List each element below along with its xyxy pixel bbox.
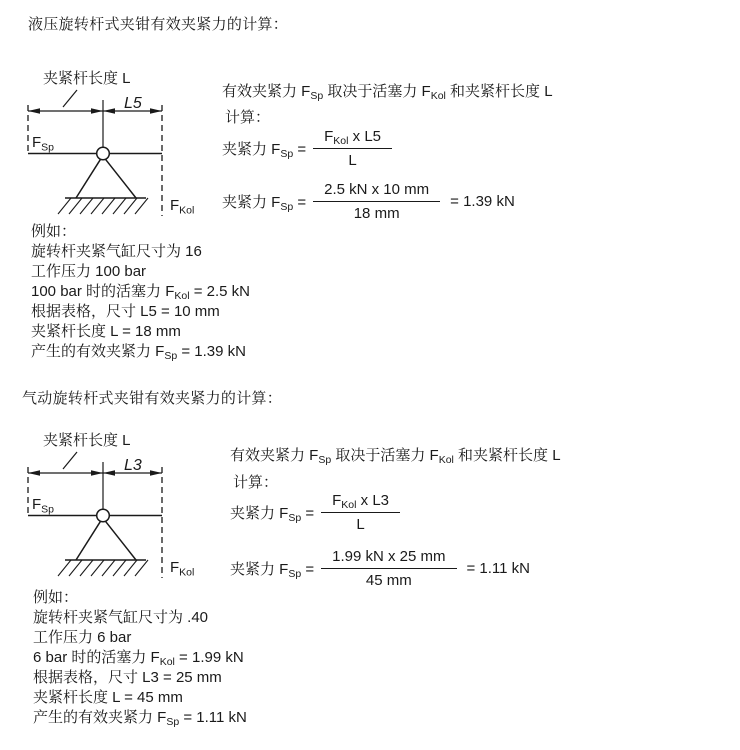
arrowhead-left bbox=[28, 470, 40, 476]
arrowhead-mid-right bbox=[103, 470, 115, 476]
formula-numeric: 夹紧力 FSp = 1.99 kN x 25 mm 45 mm = 1.11 k… bbox=[230, 548, 530, 589]
fraction-denominator: L bbox=[356, 513, 364, 533]
example-block: 例如： 旋转杆夹紧气缸尺寸为 .40 工作压力 6 bar 6 bar 时的活塞… bbox=[33, 588, 247, 728]
arrowhead-left bbox=[28, 108, 40, 114]
ground-hatching bbox=[58, 560, 148, 576]
example-line: 工作压力 6 bar bbox=[33, 628, 247, 648]
example-line: 旋转杆夹紧气缸尺寸为 16 bbox=[31, 242, 250, 262]
example-line: 产生的有效夹紧力 FSp = 1.11 kN bbox=[33, 708, 247, 728]
pivot-circle bbox=[97, 147, 110, 160]
example-line: 工作压力 100 bar bbox=[31, 262, 250, 282]
formula-numeric: 夹紧力 FSp = 2.5 kN x 10 mm 18 mm = 1.39 kN bbox=[222, 181, 515, 222]
leader-slash bbox=[63, 452, 77, 469]
formula-lhs: 夹紧力 FSp = bbox=[230, 558, 314, 579]
force-kol-label: FKol bbox=[170, 559, 194, 579]
ground-hatching bbox=[58, 198, 148, 214]
fraction-denominator: L bbox=[348, 149, 356, 169]
dim-symbol-label: L5 bbox=[124, 95, 142, 112]
document-page: 液压旋转杆式夹钳有效夹紧力的计算： 夹紧杆长度 L L5 FSp FKol bbox=[0, 0, 740, 750]
formula-symbolic: 夹紧力 FSp = FKol x L5 L bbox=[222, 128, 392, 169]
leader-slash bbox=[63, 90, 77, 107]
section-title-pneumatic: 气动旋转杆式夹钳有效夹紧力的计算： bbox=[22, 390, 282, 408]
fraction-denominator: 45 mm bbox=[366, 569, 412, 589]
force-kol-label: FKol bbox=[170, 197, 194, 217]
section-title-hydraulic: 液压旋转杆式夹钳有效夹紧力的计算： bbox=[28, 16, 288, 34]
example-line: 根据表格，尺寸 L5 = 10 mm bbox=[31, 302, 250, 322]
force-sp-label: FSp bbox=[32, 134, 54, 154]
dim-symbol-label: L3 bbox=[124, 457, 142, 474]
fraction-numerator: FKol x L3 bbox=[321, 492, 400, 513]
lever-length-label: 夹紧杆长度 L bbox=[43, 431, 131, 449]
fraction-denominator: 18 mm bbox=[354, 202, 400, 222]
fraction: FKol x L5 L bbox=[313, 128, 392, 169]
example-line: 夹紧杆长度 L = 45 mm bbox=[33, 688, 247, 708]
support-leg-right bbox=[106, 521, 137, 560]
fraction-numerator: FKol x L5 bbox=[313, 128, 392, 149]
calc-label: 计算： bbox=[225, 106, 270, 127]
formula-result: = 1.39 kN bbox=[450, 193, 515, 210]
arrowhead-mid-left bbox=[91, 108, 103, 114]
arrowhead-mid-left bbox=[91, 470, 103, 476]
arrowhead-right bbox=[150, 470, 162, 476]
lever-diagram-pneumatic: 夹紧杆长度 L L3 FSp FKol bbox=[25, 419, 210, 587]
support-leg-left bbox=[76, 521, 101, 560]
arrowhead-right bbox=[150, 108, 162, 114]
fraction-numerator: 1.99 kN x 25 mm bbox=[321, 548, 456, 569]
formula-lhs: 夹紧力 FSp = bbox=[222, 138, 306, 159]
arrowhead-mid-right bbox=[103, 108, 115, 114]
formula-symbolic: 夹紧力 FSp = FKol x L3 L bbox=[230, 492, 400, 533]
fraction: 1.99 kN x 25 mm 45 mm bbox=[321, 548, 456, 589]
force-sp-label: FSp bbox=[32, 496, 54, 516]
lever-length-label: 夹紧杆长度 L bbox=[43, 69, 131, 87]
example-line: 旋转杆夹紧气缸尺寸为 .40 bbox=[33, 608, 247, 628]
example-line: 例如： bbox=[31, 222, 250, 242]
formula-lhs: 夹紧力 FSp = bbox=[222, 191, 306, 212]
fraction: 2.5 kN x 10 mm 18 mm bbox=[313, 181, 440, 222]
example-line: 6 bar 时的活塞力 FKol = 1.99 kN bbox=[33, 648, 247, 668]
example-line: 根据表格，尺寸 L3 = 25 mm bbox=[33, 668, 247, 688]
calc-label: 计算： bbox=[233, 471, 278, 492]
lever-diagram-hydraulic: 夹紧杆长度 L L5 FSp FKol bbox=[25, 57, 210, 225]
fraction: FKol x L3 L bbox=[321, 492, 400, 533]
support-leg-right bbox=[106, 159, 137, 198]
formula-lhs: 夹紧力 FSp = bbox=[230, 502, 314, 523]
example-line: 产生的有效夹紧力 FSp = 1.39 kN bbox=[31, 342, 250, 362]
example-line: 夹紧杆长度 L = 18 mm bbox=[31, 322, 250, 342]
example-line: 100 bar 时的活塞力 FKol = 2.5 kN bbox=[31, 282, 250, 302]
fraction-numerator: 2.5 kN x 10 mm bbox=[313, 181, 440, 202]
formula-result: = 1.11 kN bbox=[467, 560, 531, 577]
pivot-circle bbox=[97, 509, 110, 522]
support-leg-left bbox=[76, 159, 101, 198]
example-line: 例如： bbox=[33, 588, 247, 608]
example-block: 例如： 旋转杆夹紧气缸尺寸为 16 工作压力 100 bar 100 bar 时… bbox=[31, 222, 250, 362]
intro-text: 有效夹紧力 FSp 取决于活塞力 FKol 和夹紧杆长度 L bbox=[230, 444, 561, 465]
intro-text: 有效夹紧力 FSp 取决于活塞力 FKol 和夹紧杆长度 L bbox=[222, 80, 553, 101]
